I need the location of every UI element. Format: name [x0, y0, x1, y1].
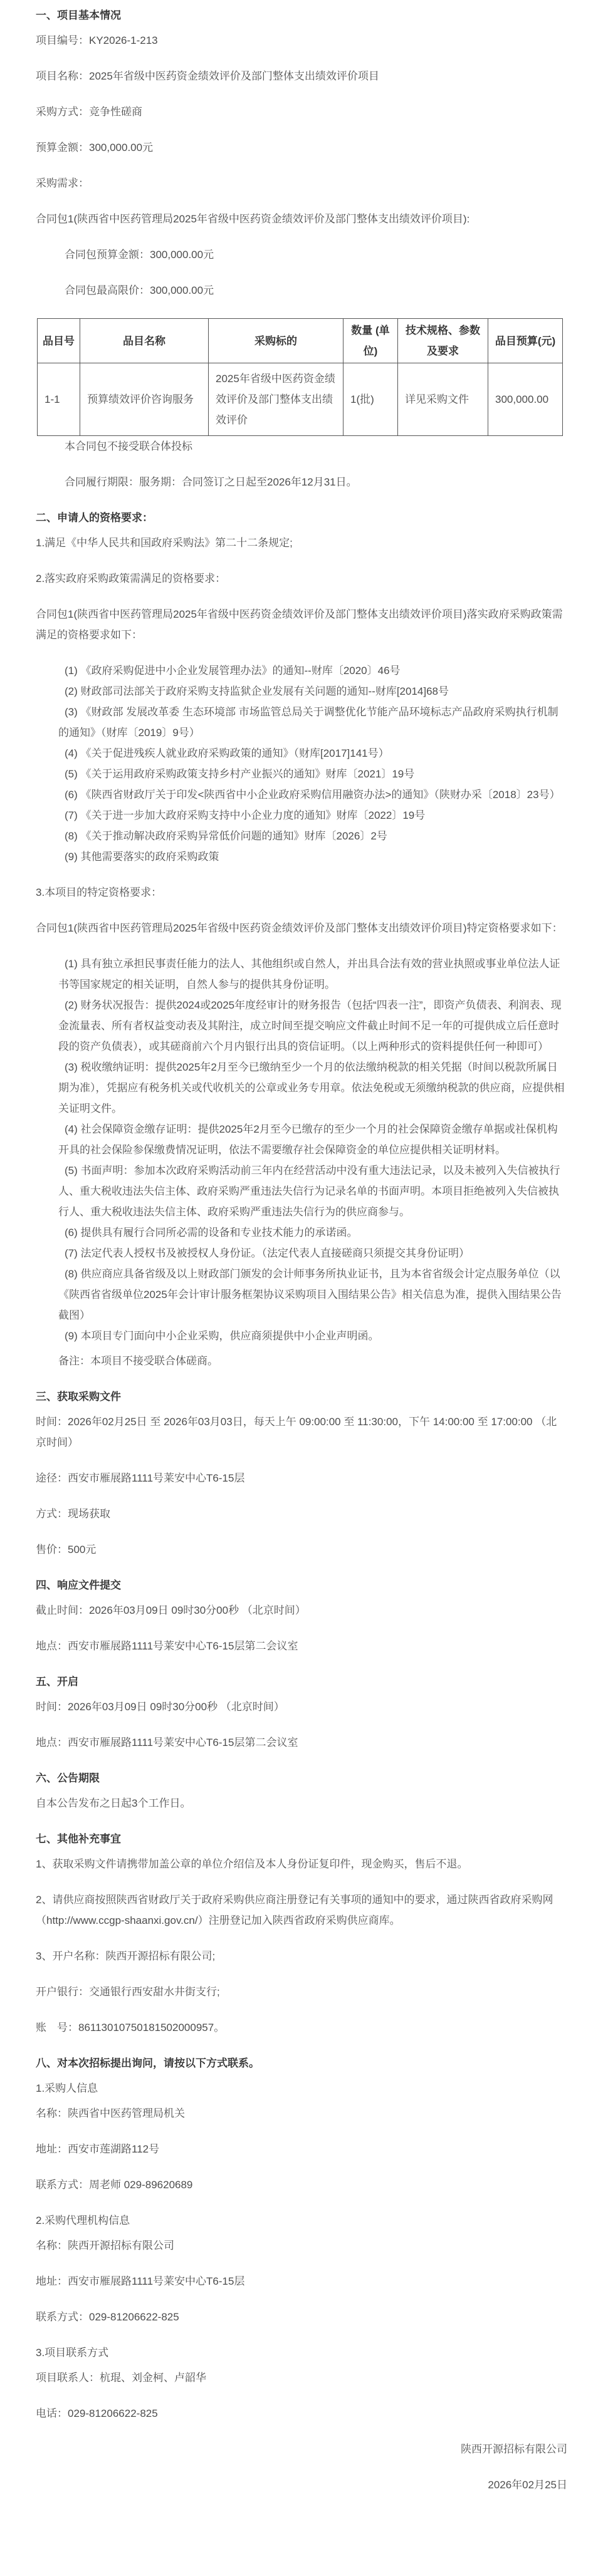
field-agency-name-label: 名称： [36, 2240, 68, 2251]
field-opening-time: 时间：2026年03月09日 09时30分00秒 （北京时间） [36, 1696, 567, 1717]
policy-item: (1) 《政府采购促进中小企业发展管理办法》的通知--财库〔2020〕46号 [36, 660, 567, 681]
supplement-item-2: 2、请供应商按照陕西省财政厅关于政府采购供应商注册登记有关事项的通知中的要求，通… [36, 1889, 567, 1931]
policy-item: (5) 《关于运用政府采购政策支持乡村产业振兴的通知》财库〔2021〕19号 [36, 764, 567, 784]
field-purchaser-contact-value: 周老师 029-89620689 [89, 2179, 192, 2191]
table-row: 1-1 预算绩效评价咨询服务 2025年省级中医药资金绩效评价及部门整体支出绩效… [38, 363, 563, 436]
field-project-person-value: 杭琨、刘金柯、卢韶华 [100, 2372, 206, 2384]
specific-item: (2) 财务状况报告：提供2024或2025年度经审计的财务报告（包括“四表一注… [36, 995, 567, 1057]
policy-item: (8) 《关于推动解决政府采购异常低价问题的通知》财库〔2026〕2号 [36, 826, 567, 846]
field-procurement-method: 采购方式：竞争性磋商 [36, 101, 567, 122]
field-obtain-path-value: 西安市雁展路1111号莱安中心T6-15层 [68, 1472, 244, 1484]
field-bank-value: 交通银行西安甜水井街支行; [89, 1986, 220, 1998]
items-table-header-row: 品目号 品目名称 采购标的 数量 (单位) 技术规格、参数及要求 品目预算(元) [38, 319, 563, 363]
field-budget-value: 300,000.00元 [89, 142, 153, 153]
qualification-item-1: 1.满足《中华人民共和国政府采购法》第二十二条规定; [36, 532, 567, 553]
section-obtain-heading: 三、获取采购文件 [36, 1386, 567, 1407]
field-contract-period-value: 服务期：合同签订之日起至2026年12月31日。 [139, 476, 357, 488]
footer-company: 陕西开源招标有限公司 [36, 2439, 567, 2459]
policy-item: (9) 其他需要落实的政府采购政策 [36, 846, 567, 867]
field-agency-addr-label: 地址： [36, 2275, 68, 2287]
field-project-phone-label: 电话： [36, 2407, 68, 2419]
field-agency-contact-label: 联系方式： [36, 2311, 89, 2323]
field-package-budget-label: 合同包预算金额： [65, 249, 150, 261]
field-opening-time-value: 2026年03月09日 09时30分00秒 （北京时间） [68, 1701, 285, 1713]
field-contract-period-label: 合同履行期限： [65, 476, 139, 488]
section-supplement-heading: 七、其他补充事宜 [36, 1829, 567, 1849]
package-line: 合同包1(陕西省中医药管理局2025年省级中医药资金绩效评价及部门整体支出绩效评… [36, 209, 567, 229]
field-contract-period: 合同履行期限：服务期：合同签订之日起至2026年12月31日。 [65, 472, 567, 492]
field-submission-deadline-value: 2026年03月09日 09时30分00秒 （北京时间） [89, 1604, 306, 1616]
section-basic-heading: 一、项目基本情况 [36, 5, 567, 26]
field-obtain-time-value: 2026年02月25日 至 2026年03月03日，每天上午 09:00:00 … [36, 1416, 557, 1448]
qualification-item-2: 2.落实政府采购政策需满足的资格要求： [36, 568, 567, 589]
field-purchaser-contact: 联系方式：周老师 029-89620689 [36, 2174, 567, 2195]
cell-item-name: 预算绩效评价咨询服务 [80, 363, 209, 436]
field-project-phone-value: 029-81206622-825 [68, 2407, 158, 2419]
field-package-budget-value: 300,000.00元 [150, 249, 214, 261]
no-consortium-note: 本合同包不接受联合体投标 [65, 436, 567, 457]
field-project-no-label: 项目编号： [36, 34, 89, 46]
field-purchaser-name: 名称：陕西省中医药管理局机关 [36, 2103, 567, 2124]
field-opening-place-label: 地点： [36, 1737, 68, 1748]
supplement-item-1: 1、获取采购文件请携带加盖公章的单位介绍信及本人身份证复印件，现金购买，售后不退… [36, 1854, 567, 1874]
policy-items-list: (1) 《政府采购促进中小企业发展管理办法》的通知--财库〔2020〕46号 (… [36, 660, 567, 867]
field-project-no-value: KY2026-1-213 [89, 34, 158, 46]
procurement-announcement-document: 一、项目基本情况 项目编号：KY2026-1-213 项目名称：2025年省级中… [0, 0, 603, 2520]
items-table-header-specs: 技术规格、参数及要求 [398, 319, 488, 363]
announcement-period-text: 自本公告发布之日起3个工作日。 [36, 1793, 567, 1814]
field-obtain-price-value: 500元 [68, 1544, 96, 1555]
field-package-budget: 合同包预算金额：300,000.00元 [65, 244, 567, 265]
field-project-name-label: 项目名称： [36, 70, 89, 82]
policy-intro: 合同包1(陕西省中医药管理局2025年省级中医药资金绩效评价及部门整体支出绩效评… [36, 604, 567, 645]
field-agency-contact-value: 029-81206622-825 [89, 2311, 179, 2323]
field-bank: 开户银行：交通银行西安甜水井街支行; [36, 1981, 567, 2002]
field-agency-addr-value: 西安市雁展路1111号莱安中心T6-15层 [68, 2275, 244, 2287]
field-budget: 预算金额：300,000.00元 [36, 137, 567, 158]
field-obtain-time: 时间：2026年02月25日 至 2026年03月03日，每天上午 09:00:… [36, 1411, 567, 1453]
field-obtain-way: 方式：现场获取 [36, 1504, 567, 1524]
field-purchaser-addr-label: 地址： [36, 2143, 68, 2155]
section-submission-heading: 四、响应文件提交 [36, 1575, 567, 1596]
specific-item: (6) 提供具有履行合同所必需的设备和专业技术能力的承诺函。 [36, 1222, 567, 1243]
cell-item-no: 1-1 [38, 363, 80, 436]
items-table: 品目号 品目名称 采购标的 数量 (单位) 技术规格、参数及要求 品目预算(元)… [37, 318, 563, 436]
specific-item: (7) 法定代表人授权书及被授权人身份证。（法定代表人直接磋商只须提交其身份证明… [36, 1243, 567, 1264]
purchaser-info-title: 1.采购人信息 [36, 2078, 567, 2099]
field-purchaser-name-label: 名称： [36, 2107, 68, 2119]
field-project-name: 项目名称：2025年省级中医药资金绩效评价及部门整体支出绩效评价项目 [36, 66, 567, 86]
specific-item: (8) 供应商应具备省级及以上财政部门颁发的会计师事务所执业证书，且为本省省级会… [36, 1264, 567, 1326]
field-procurement-method-label: 采购方式： [36, 106, 89, 118]
field-submission-place-value: 西安市雁展路1111号莱安中心T6-15层第二会议室 [68, 1640, 298, 1652]
field-project-phone: 电话：029-81206622-825 [36, 2403, 567, 2424]
field-purchaser-contact-label: 联系方式： [36, 2179, 89, 2191]
field-agency-addr: 地址：西安市雁展路1111号莱安中心T6-15层 [36, 2271, 567, 2292]
field-package-cap-label: 合同包最高限价： [65, 284, 150, 296]
agency-info-title: 2.采购代理机构信息 [36, 2210, 567, 2231]
items-table-header-budget: 品目预算(元) [488, 319, 563, 363]
field-opening-time-label: 时间： [36, 1701, 68, 1713]
policy-item: (7) 《关于进一步加大政府采购支持中小企业力度的通知》财库〔2022〕19号 [36, 805, 567, 826]
field-obtain-way-label: 方式： [36, 1508, 68, 1520]
field-obtain-path-label: 途径： [36, 1472, 68, 1484]
field-submission-place: 地点：西安市雁展路1111号莱安中心T6-15层第二会议室 [36, 1636, 567, 1656]
qualification-note: 备注：本项目不接受联合体磋商。 [58, 1351, 567, 1371]
field-purchaser-addr-value: 西安市莲湖路112号 [68, 2143, 159, 2155]
footer-date: 2026年02月25日 [36, 2475, 567, 2495]
field-submission-place-label: 地点： [36, 1640, 68, 1652]
field-project-no: 项目编号：KY2026-1-213 [36, 30, 567, 51]
section-opening-heading: 五、开启 [36, 1671, 567, 1692]
field-demand-label: 采购需求： [36, 173, 567, 194]
policy-item: (6) 《陕西省财政厅关于印发<陕西省中小企业政府采购信用融资办法>的通知》（陕… [36, 784, 567, 805]
cell-subject: 2025年省级中医药资金绩效评价及部门整体支出绩效评价 [209, 363, 343, 436]
field-obtain-price-label: 售价： [36, 1544, 68, 1555]
field-package-cap: 合同包最高限价：300,000.00元 [65, 280, 567, 301]
cell-budget: 300,000.00 [488, 363, 563, 436]
section-qualification-heading: 二、申请人的资格要求： [36, 507, 567, 528]
field-obtain-time-label: 时间： [36, 1416, 68, 1428]
policy-item: (2) 财政部司法部关于政府采购支持监狱企业发展有关问题的通知--财库[2014… [36, 681, 567, 702]
field-project-person: 项目联系人：杭琨、刘金柯、卢韶华 [36, 2367, 567, 2388]
qualification-item-3: 3.本项目的特定资格要求： [36, 882, 567, 903]
items-table-header-item-name: 品目名称 [80, 319, 209, 363]
field-procurement-method-value: 竞争性磋商 [89, 106, 142, 118]
field-purchaser-name-value: 陕西省中医药管理局机关 [68, 2107, 185, 2119]
specific-item: (4) 社会保障资金缴存证明：提供2025年2月至今已缴存的至少一个月的社会保障… [36, 1119, 567, 1160]
field-project-name-value: 2025年省级中医药资金绩效评价及部门整体支出绩效评价项目 [89, 70, 379, 82]
field-account-label: 账 号： [36, 2022, 78, 2033]
supplement-item-3: 3、开户名称：陕西开源招标有限公司; [36, 1946, 567, 1966]
policy-item: (4) 《关于促进残疾人就业政府采购政策的通知》（财库[2017]141号） [36, 743, 567, 764]
field-budget-label: 预算金额： [36, 142, 89, 153]
field-agency-name-value: 陕西开源招标有限公司 [68, 2240, 174, 2251]
field-agency-name: 名称：陕西开源招标有限公司 [36, 2235, 567, 2256]
specific-item: (1) 具有独立承担民事责任能力的法人、其他组织或自然人，并出具合法有效的营业执… [36, 953, 567, 995]
field-submission-deadline-label: 截止时间： [36, 1604, 89, 1616]
items-table-header-item-no: 品目号 [38, 319, 80, 363]
field-purchaser-addr: 地址：西安市莲湖路112号 [36, 2139, 567, 2159]
section-announcement-heading: 六、公告期限 [36, 1768, 567, 1789]
field-obtain-price: 售价：500元 [36, 1539, 567, 1560]
field-opening-place-value: 西安市雁展路1111号莱安中心T6-15层第二会议室 [68, 1737, 298, 1748]
field-package-cap-value: 300,000.00元 [150, 284, 214, 296]
items-table-header-subject: 采购标的 [209, 319, 343, 363]
field-project-person-label: 项目联系人： [36, 2372, 100, 2384]
policy-item: (3) 《财政部 发展改革委 生态环境部 市场监管总局关于调整优化节能产品环境标… [36, 702, 567, 743]
field-account: 账 号：86113010750181502000957。 [36, 2017, 567, 2038]
field-submission-deadline: 截止时间：2026年03月09日 09时30分00秒 （北京时间） [36, 1600, 567, 1621]
specific-item: (9) 本项目专门面向中小企业采购，供应商须提供中小企业声明函。 [36, 1326, 567, 1346]
field-obtain-way-value: 现场获取 [68, 1508, 110, 1520]
field-account-value: 86113010750181502000957。 [78, 2022, 224, 2033]
items-table-header-quantity: 数量 (单位) [343, 319, 398, 363]
specific-item: (5) 书面声明：参加本次政府采购活动前三年内在经营活动中没有重大违法记录，以及… [36, 1160, 567, 1222]
field-obtain-path: 途径：西安市雁展路1111号莱安中心T6-15层 [36, 1468, 567, 1488]
field-bank-label: 开户银行： [36, 1986, 89, 1998]
specific-intro: 合同包1(陕西省中医药管理局2025年省级中医药资金绩效评价及部门整体支出绩效评… [36, 918, 567, 938]
section-contact-heading: 八、对本次招标提出询问，请按以下方式联系。 [36, 2053, 567, 2074]
cell-specs: 详见采购文件 [398, 363, 488, 436]
specific-item: (3) 税收缴纳证明：提供2025年2月至今已缴纳至少一个月的依法缴纳税款的相关… [36, 1057, 567, 1119]
field-opening-place: 地点：西安市雁展路1111号莱安中心T6-15层第二会议室 [36, 1732, 567, 1753]
cell-quantity: 1(批) [343, 363, 398, 436]
field-agency-contact: 联系方式：029-81206622-825 [36, 2307, 567, 2327]
specific-items-list: (1) 具有独立承担民事责任能力的法人、其他组织或自然人，并出具合法有效的营业执… [36, 953, 567, 1346]
project-contact-title: 3.项目联系方式 [36, 2342, 567, 2363]
